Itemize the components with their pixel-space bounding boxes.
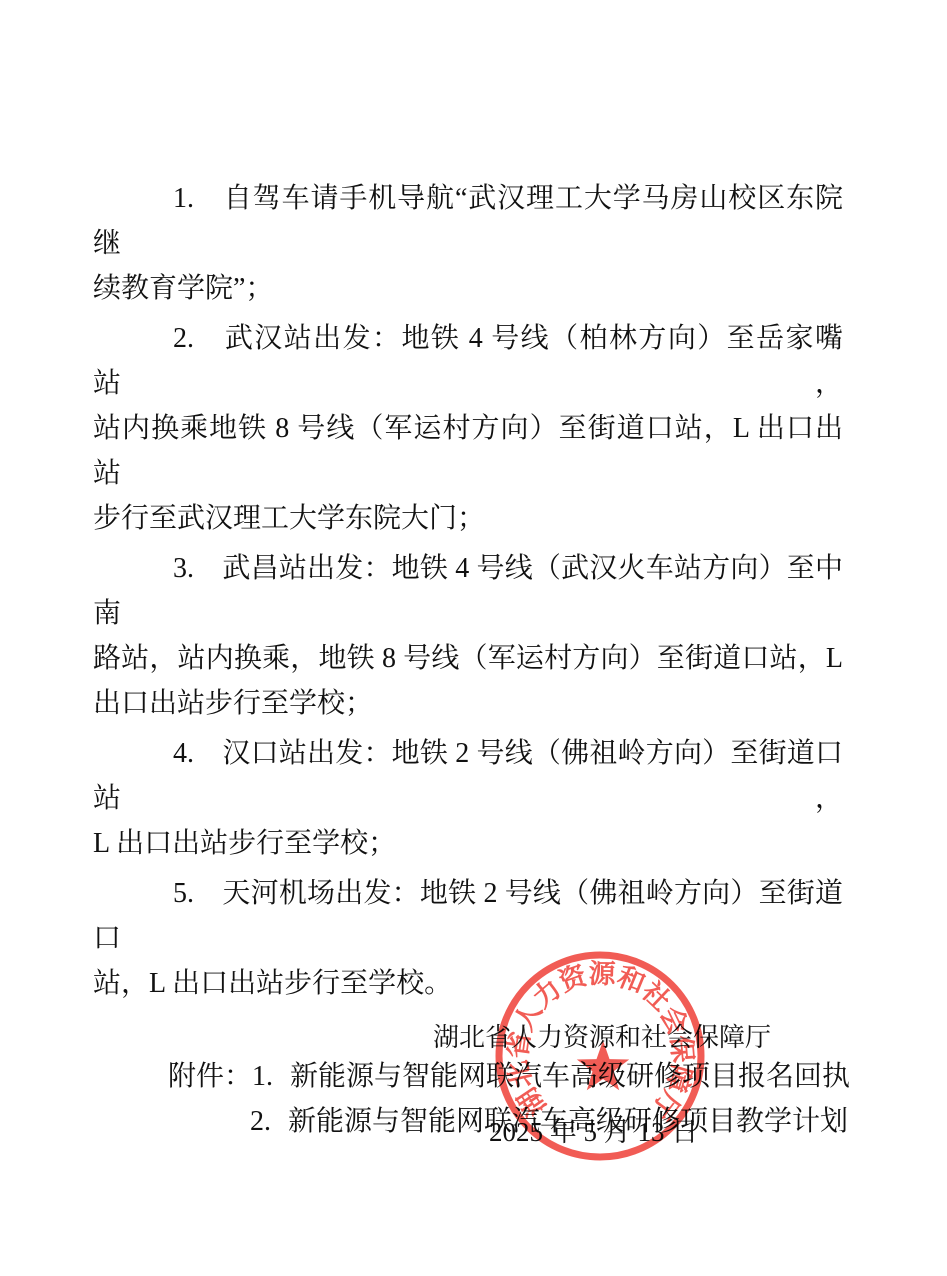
attachment-item-1: 附件：1.新能源与智能网联汽车高级研修项目报名回执 — [93, 1054, 918, 1099]
text-line: 站，L 出口出站步行至学校。 — [93, 961, 843, 1006]
issue-date: 2025 年 5 月 13 日 — [489, 1118, 698, 1146]
issuing-agency-name: 湖北省人力资源和社会保障厅 — [433, 1024, 771, 1052]
attachment-title: 新能源与智能网联汽车高级研修项目报名回执 — [290, 1061, 850, 1092]
text-line: 站内换乘地铁 8 号线（军运村方向）至街道口站，L 出口出站 — [93, 406, 843, 496]
text-line: 2. 武汉站出发：地铁 4 号线（柏林方向）至岳家嘴站， — [93, 316, 843, 406]
paragraph-wuchang-station: 3. 武昌站出发：地铁 4 号线（武汉火车站方向）至中南 路站，站内换乘，地铁 … — [93, 546, 843, 726]
attachment-number: 1. — [252, 1054, 290, 1099]
paragraph-driving-directions: 1. 自驾车请手机导航“武汉理工大学马房山校区东院继 续教育学院”； — [93, 176, 843, 311]
text-line: 步行至武汉理工大学东院大门； — [93, 496, 843, 541]
paragraph-tianhe-airport: 5. 天河机场出发：地铁 2 号线（佛祖岭方向）至街道口 站，L 出口出站步行至… — [93, 871, 843, 1006]
attachments-block: 附件：1.新能源与智能网联汽车高级研修项目报名回执 2.新能源与智能网联汽车高级… — [93, 1054, 843, 1144]
text-line: 路站，站内换乘，地铁 8 号线（军运村方向）至街道口站，L — [93, 636, 843, 681]
text-line: 1. 自驾车请手机导航“武汉理工大学马房山校区东院继 — [93, 176, 843, 266]
document-page: 1. 自驾车请手机导航“武汉理工大学马房山校区东院继 续教育学院”； 2. 武汉… — [0, 0, 947, 1276]
text-line: 4. 汉口站出发：地铁 2 号线（佛祖岭方向）至街道口站， — [93, 731, 843, 821]
text-line: 5. 天河机场出发：地铁 2 号线（佛祖岭方向）至街道口 — [93, 871, 843, 961]
text-line: 续教育学院”； — [93, 266, 843, 311]
paragraph-wuhan-station: 2. 武汉站出发：地铁 4 号线（柏林方向）至岳家嘴站， 站内换乘地铁 8 号线… — [93, 316, 843, 541]
paragraph-hankou-station: 4. 汉口站出发：地铁 2 号线（佛祖岭方向）至街道口站， L 出口出站步行至学… — [93, 731, 843, 866]
text-line: 出口出站步行至学校； — [93, 681, 843, 726]
attachments-label: 附件： — [168, 1061, 252, 1092]
document-body: 1. 自驾车请手机导航“武汉理工大学马房山校区东院继 续教育学院”； 2. 武汉… — [93, 176, 843, 1144]
attachment-number: 2. — [250, 1099, 288, 1144]
text-line: 3. 武昌站出发：地铁 4 号线（武汉火车站方向）至中南 — [93, 546, 843, 636]
text-line: L 出口出站步行至学校； — [93, 821, 843, 866]
